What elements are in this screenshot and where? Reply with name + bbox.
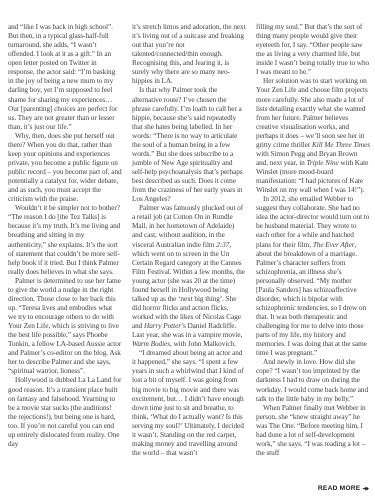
paragraph: Why, then, does she put herself out ther… (8, 131, 122, 204)
article-column-3: filling my soul.” But that’s the sort of… (256, 22, 370, 484)
magazine-page: and “like I was back in high school”. Bu… (0, 0, 375, 500)
paragraph: In 2012, she emailed Webber to suggest t… (256, 194, 370, 357)
paragraph: it’s stretch limos and adoration, the ne… (132, 22, 246, 85)
article-column-1: and “like I was back in high school”. Bu… (8, 22, 122, 484)
paragraph: and “like I was back in high school”. Bu… (8, 22, 122, 131)
paragraph: When Palmer finally met Webber in person… (256, 403, 370, 457)
paragraph: Is that why Palmer took the alternative … (132, 85, 246, 203)
paragraph: Hollywood is dubbed La La Land for good … (8, 375, 122, 448)
read-more-link[interactable]: READ MORE↠ (318, 485, 369, 492)
double-arrow-icon: ↠ (362, 486, 369, 492)
paragraph: Palmer was famously plucked out of a ret… (132, 203, 246, 348)
paragraph: Wouldn’t it be simpler not to bother? “T… (8, 203, 122, 276)
paragraph: filling my soul.” But that’s the sort of… (256, 22, 370, 76)
read-more-label: READ MORE (318, 485, 361, 492)
paragraph: Palmer is determined to use her fame to … (8, 276, 122, 376)
paragraph: And newly in love. How did she cope? “I … (256, 357, 370, 402)
article-body: and “like I was back in high school”. Bu… (8, 22, 370, 484)
article-column-2: it’s stretch limos and adoration, the ne… (132, 22, 246, 484)
paragraph: Her solution was to start working on You… (256, 76, 370, 194)
paragraph: “I dreamed about being an actor and it h… (132, 348, 246, 457)
